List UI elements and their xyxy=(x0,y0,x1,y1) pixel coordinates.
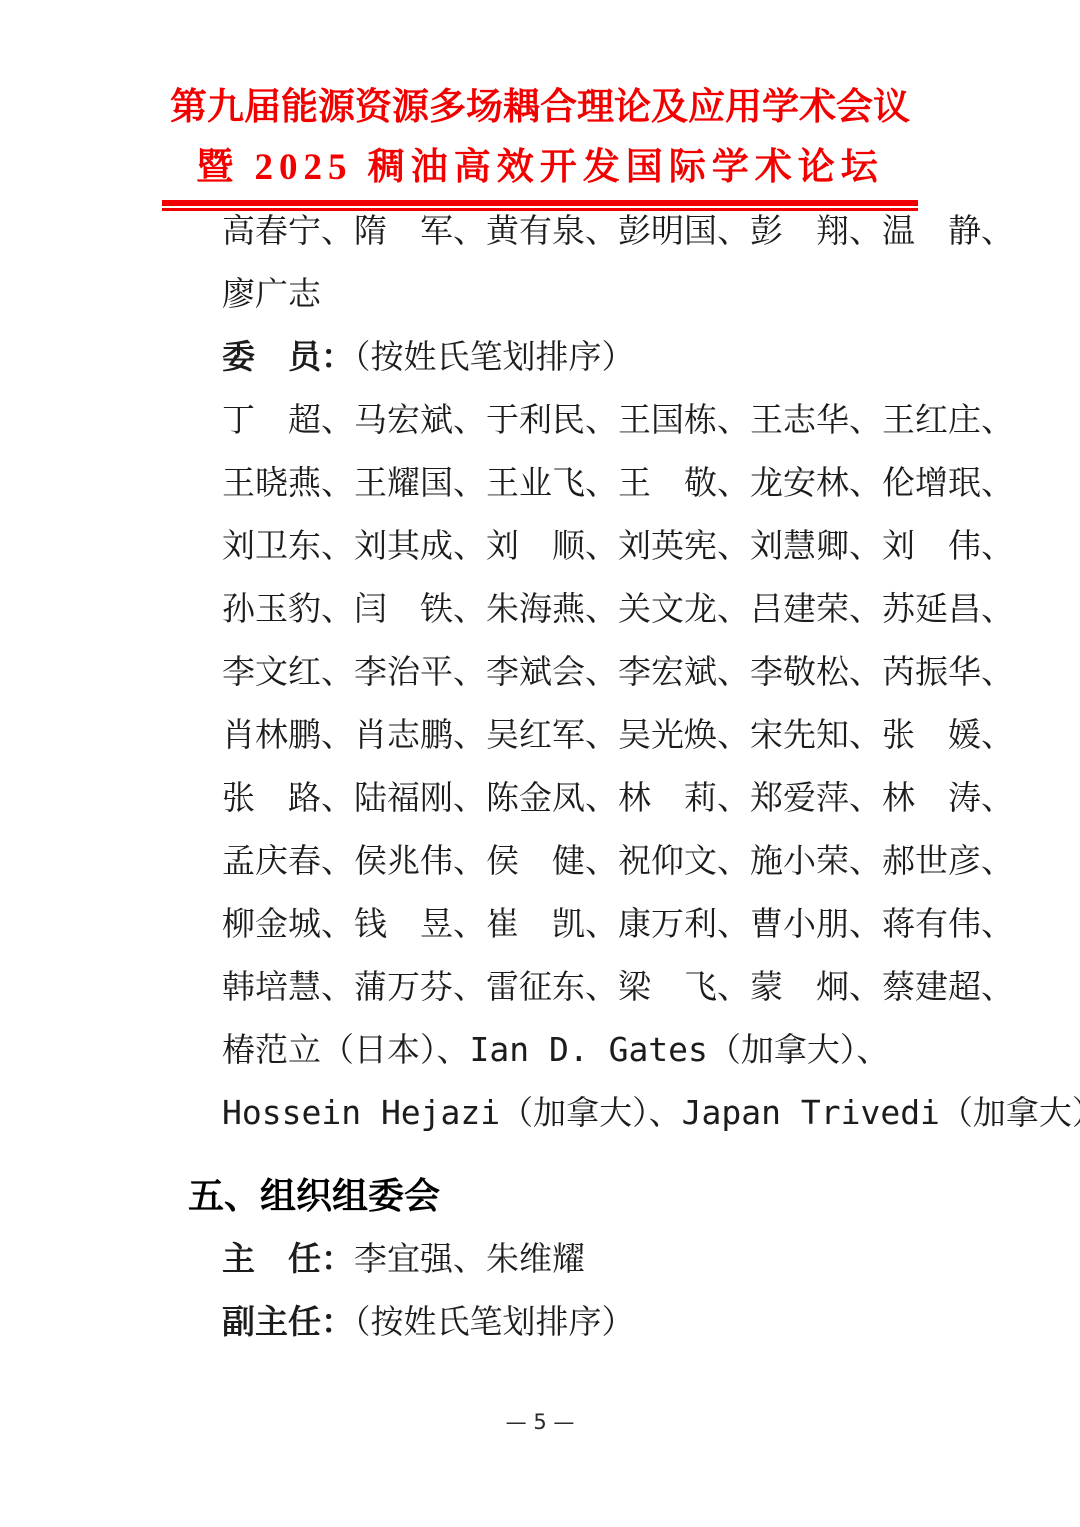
page-number: — 5 — xyxy=(0,1410,1080,1434)
member-line: 孟庆春、侯兆伟、侯 健、祝仰文、施小荣、郝世彦、 xyxy=(222,829,1040,892)
deputy-sort-note: （按姓氏笔划排序） xyxy=(354,1302,635,1341)
title-line-2: 暨 2025 稠油高效开发国际学术论坛 xyxy=(0,138,1080,198)
member-line: 韩培慧、蒲万芬、雷征东、梁 飞、蒙 炯、蔡建超、 xyxy=(222,955,1040,1018)
member-line: 刘卫东、刘其成、刘 顺、刘英宪、刘慧卿、刘 伟、 xyxy=(222,514,1040,577)
deputy-director-line: 副主任：（按姓氏笔划排序） xyxy=(222,1290,1040,1353)
committee-sort-note: （按姓氏笔划排序） xyxy=(354,337,635,376)
member-continued-line: 廖广志 xyxy=(222,262,1040,325)
member-line: Hossein Hejazi（加拿大）、Japan Trivedi（加拿大） xyxy=(222,1081,1040,1144)
section-heading-organizing-committee: 五、组织组委会 xyxy=(188,1176,440,1216)
document-title: 第九届能源资源多场耦合理论及应用学术会议 暨 2025 稠油高效开发国际学术论坛 xyxy=(0,78,1080,198)
committee-member-list: 高春宁、隋 军、黄有泉、彭明国、彭 翔、温 静、 廖广志 委 员：（按姓氏笔划排… xyxy=(222,199,1040,1144)
deputy-director-label: 副主任： xyxy=(222,1305,354,1341)
member-line: 丁 超、马宏斌、于利民、王国栋、王志华、王红庄、 xyxy=(222,388,1040,451)
member-continued-line: 高春宁、隋 军、黄有泉、彭明国、彭 翔、温 静、 xyxy=(222,199,1040,262)
director-label: 主 任： xyxy=(222,1242,354,1278)
member-line: 肖林鹏、肖志鹏、吴红军、吴光焕、宋先知、张 媛、 xyxy=(222,703,1040,766)
member-line: 孙玉豹、闫 铁、朱海燕、关文龙、吕建荣、苏延昌、 xyxy=(222,577,1040,640)
title-line-1: 第九届能源资源多场耦合理论及应用学术会议 xyxy=(0,78,1080,138)
member-line: 柳金城、钱 昱、崔 凯、康万利、曹小朋、蒋有伟、 xyxy=(222,892,1040,955)
member-line: 椿范立（日本）、Ian D. Gates（加拿大）、 xyxy=(222,1018,1040,1081)
member-line: 李文红、李治平、李斌会、李宏斌、李敬松、芮振华、 xyxy=(222,640,1040,703)
document-page: 第九届能源资源多场耦合理论及应用学术会议 暨 2025 稠油高效开发国际学术论坛… xyxy=(0,0,1080,1527)
organizing-committee-block: 主 任：李宜强、朱维耀 副主任：（按姓氏笔划排序） xyxy=(222,1227,1040,1353)
committee-label: 委 员： xyxy=(222,340,354,376)
committee-label-line: 委 员：（按姓氏笔划排序） xyxy=(222,325,1040,388)
member-line: 王晓燕、王耀国、王业飞、王 敬、龙安林、伦增珉、 xyxy=(222,451,1040,514)
director-line: 主 任：李宜强、朱维耀 xyxy=(222,1227,1040,1290)
director-names: 李宜强、朱维耀 xyxy=(354,1239,585,1278)
member-line: 张 路、陆福刚、陈金凤、林 莉、郑爱萍、林 涛、 xyxy=(222,766,1040,829)
